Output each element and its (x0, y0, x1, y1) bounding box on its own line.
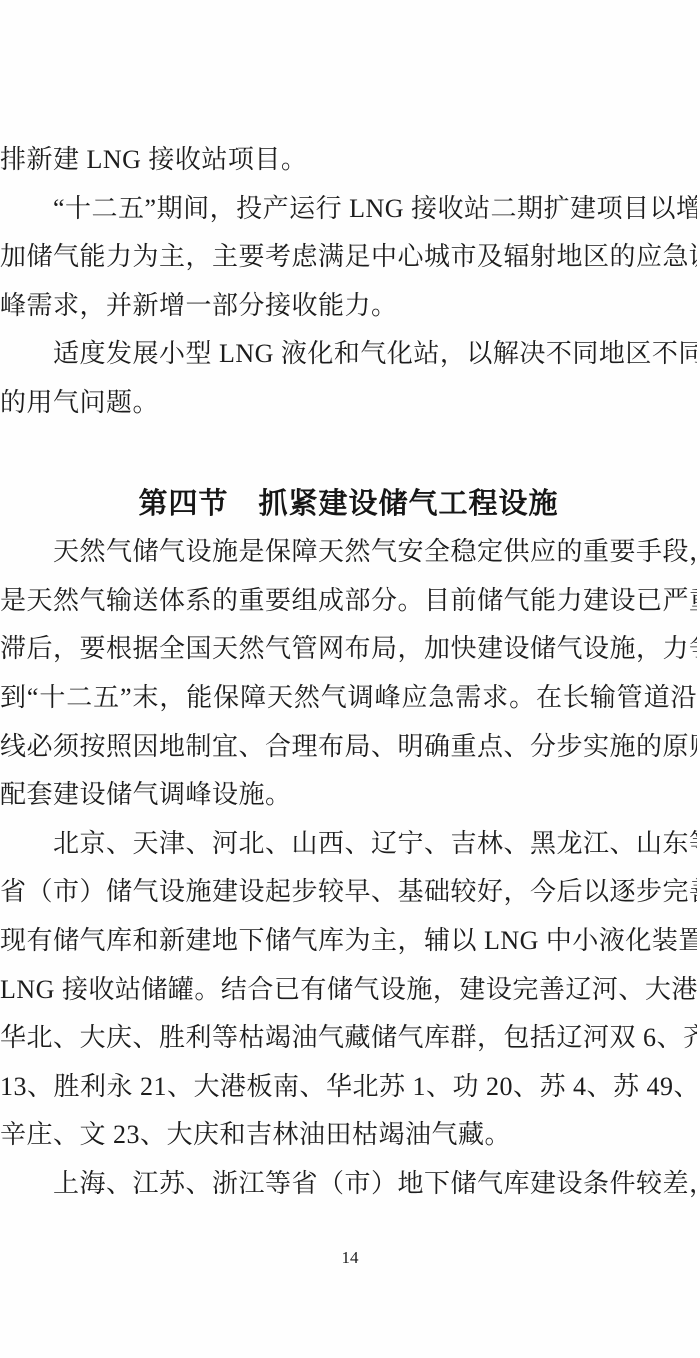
text-line: 线必须按照因地制宜、合理布局、明确重点、分步实施的原则 (0, 723, 697, 772)
text-line: “十二五”期间，投产运行 LNG 接收站二期扩建项目以增 (0, 185, 697, 234)
text-line: 上海、江苏、浙江等省（市）地下储气库建设条件较差， (0, 1160, 697, 1209)
text-line: 天然气储气设施是保障天然气安全稳定供应的重要手段， (0, 528, 697, 577)
text-line: 华北、大庆、胜利等枯竭油气藏储气库群，包括辽河双 6、齐 (0, 1014, 697, 1063)
document-page: 排新建 LNG 接收站项目。 “十二五”期间，投产运行 LNG 接收站二期扩建项… (0, 0, 700, 1358)
paragraph-lng-expansion: “十二五”期间，投产运行 LNG 接收站二期扩建项目以增 加储气能力为主，主要考… (0, 185, 697, 331)
text-line: 峰需求，并新增一部分接收能力。 (0, 282, 697, 331)
page-number: 14 (342, 1248, 359, 1267)
text-line: 现有储气库和新建地下储气库为主，辅以 LNG 中小液化装置和 (0, 917, 697, 966)
text-line: 配套建设储气调峰设施。 (0, 771, 697, 820)
page-body: 排新建 LNG 接收站项目。 “十二五”期间，投产运行 LNG 接收站二期扩建项… (0, 136, 697, 1208)
text-line: 北京、天津、河北、山西、辽宁、吉林、黑龙江、山东等 (0, 820, 697, 869)
text-line: 适度发展小型 LNG 液化和气化站，以解决不同地区不同用户 (0, 330, 697, 379)
text-line: 加储气能力为主，主要考虑满足中心城市及辐射地区的应急调 (0, 233, 697, 282)
text-line: 省（市）储气设施建设起步较早、基础较好，今后以逐步完善 (0, 868, 697, 917)
text-line: 的用气问题。 (0, 379, 697, 428)
text-line: 到“十二五”末，能保障天然气调峰应急需求。在长输管道沿 (0, 674, 697, 723)
paragraph-northern-provinces: 北京、天津、河北、山西、辽宁、吉林、黑龙江、山东等 省（市）储气设施建设起步较早… (0, 820, 697, 1160)
paragraph-storage-importance: 天然气储气设施是保障天然气安全稳定供应的重要手段， 是天然气输送体系的重要组成部… (0, 528, 697, 820)
text-line: 是天然气输送体系的重要组成部分。目前储气能力建设已严重 (0, 577, 697, 626)
text-line: 13、胜利永 21、大港板南、华北苏 1、功 20、苏 4、苏 49、顾 (0, 1063, 697, 1112)
section-heading: 第四节 抓紧建设储气工程设施 (0, 480, 697, 529)
paragraph-eastern-provinces: 上海、江苏、浙江等省（市）地下储气库建设条件较差， (0, 1160, 697, 1209)
text-line: LNG 接收站储罐。结合已有储气设施，建设完善辽河、大港、 (0, 966, 697, 1015)
paragraph-small-lng-stations: 适度发展小型 LNG 液化和气化站，以解决不同地区不同用户 的用气问题。 (0, 330, 697, 427)
paragraph-continuation: 排新建 LNG 接收站项目。 (0, 136, 697, 185)
text-line: 滞后，要根据全国天然气管网布局，加快建设储气设施，力争 (0, 625, 697, 674)
text-line: 排新建 LNG 接收站项目。 (0, 136, 697, 185)
page-footer: 14 (0, 1248, 700, 1268)
text-line: 辛庄、文 23、大庆和吉林油田枯竭油气藏。 (0, 1111, 697, 1160)
